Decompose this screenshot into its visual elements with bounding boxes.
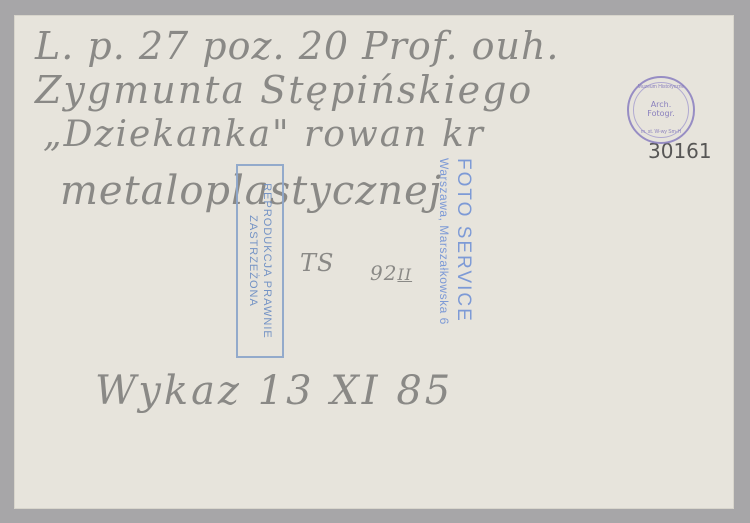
handwritten-title-line: „Dziekanka" rowan kr — [43, 114, 485, 155]
archive-stamp-arc-bottom: m. st. W-wy Sm-H — [629, 129, 693, 135]
handwritten-ts-mark: TS — [300, 249, 334, 277]
archive-stamp-center-line1: Arch. — [629, 100, 693, 109]
mark-number: 92 — [370, 261, 397, 285]
photo-back-card: L. p. 27 poz. 20 Prof. ouh. Zygmunta Stę… — [15, 16, 733, 508]
handwritten-number-mark: 92II — [370, 261, 412, 285]
handwritten-wykaz-date: Wykaz 13 XI 85 — [95, 368, 453, 414]
handwritten-author-line: Zygmunta Stępińskiego — [35, 68, 533, 112]
reproduction-stamp-line1: REPRODUKCJA PRAWNIE — [260, 171, 274, 351]
handwritten-catalog-line: L. p. 27 poz. 20 Prof. ouh. — [35, 24, 560, 68]
reproduction-rights-stamp: REPRODUKCJA PRAWNIE ZASTRZEŻONA — [236, 164, 284, 358]
archive-round-stamp: Muzeum Historyczne Arch. Fotogr. m. st. … — [627, 76, 695, 144]
archive-stamp-center-line2: Fotogr. — [629, 109, 693, 118]
foto-service-stamp: FOTO SERVICE Warszawa, Marszałkowska 6 — [415, 158, 495, 368]
archive-stamp-center: Arch. Fotogr. — [629, 100, 693, 118]
foto-service-title: FOTO SERVICE — [452, 158, 474, 368]
mark-number-sub: II — [397, 265, 412, 284]
archive-stamp-arc-top: Muzeum Historyczne — [629, 84, 693, 90]
reproduction-stamp-line2: ZASTRZEŻONA — [246, 171, 260, 351]
foto-service-address: Warszawa, Marszałkowska 6 — [436, 158, 452, 368]
